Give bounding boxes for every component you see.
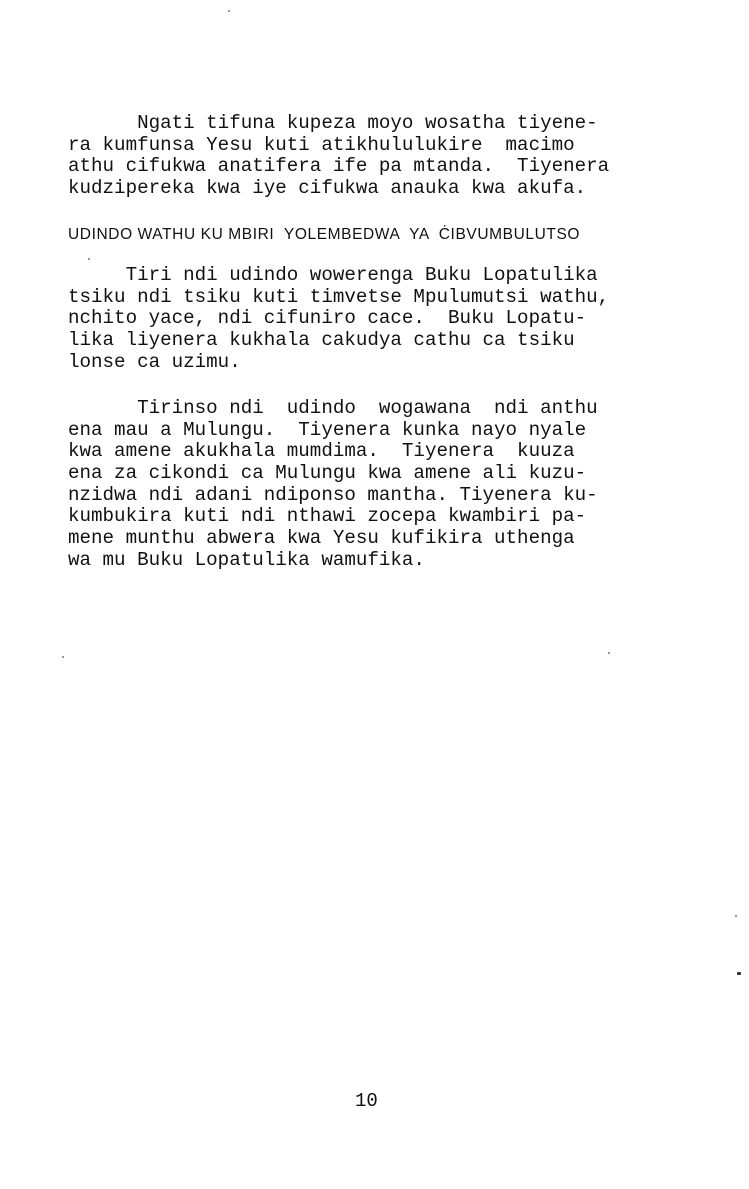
text-line: tsiku ndi tsiku kuti timvetse Mpulumutsi… [68,287,708,309]
text-line: lika liyenera kukhala cakudya cathu ca t… [68,330,708,352]
section-heading: UDINDO WATHU KU MBIRI YOLEMBEDWA YA ĊIBV… [68,226,580,244]
paragraph-2: Tiri ndi udindo wowerenga Buku Lopatulik… [68,265,708,373]
scan-speck [62,656,64,658]
text-line: lonse ca uzimu. [68,352,708,374]
text-line: ra kumfunsa Yesu kuti atikhululukire mac… [68,135,708,157]
paragraph-1: Ngati tifuna kupeza moyo wosatha tiyene-… [68,113,708,200]
scan-speck [737,972,741,975]
text-line: Ngati tifuna kupeza moyo wosatha tiyene- [68,113,708,135]
document-page: Ngati tifuna kupeza moyo wosatha tiyene-… [0,0,749,1189]
text-line: nchito yace, ndi cifuniro cace. Buku Lop… [68,308,708,330]
text-line: mene munthu abwera kwa Yesu kufikira uth… [68,528,708,550]
scan-speck [735,915,737,917]
text-line: wa mu Buku Lopatulika wamufika. [68,550,708,572]
text-line: nzidwa ndi adani ndiponso mantha. Tiyene… [68,485,708,507]
text-line: kudzipereka kwa iye cifukwa anauka kwa a… [68,178,708,200]
paragraph-3: Tirinso ndi udindo wogawana ndi anthu en… [68,398,708,572]
text-line: Tirinso ndi udindo wogawana ndi anthu [68,398,708,420]
text-line: Tiri ndi udindo wowerenga Buku Lopatulik… [68,265,708,287]
text-line: ena mau a Mulungu. Tiyenera kunka nayo n… [68,420,708,442]
scan-speck [608,652,610,654]
page-number: 10 [355,1090,378,1112]
text-line: kumbukira kuti ndi nthawi zocepa kwambir… [68,506,708,528]
text-line: ena za cikondi ca Mulungu kwa amene ali … [68,463,708,485]
text-line: athu cifukwa anatifera ife pa mtanda. Ti… [68,156,708,178]
text-line: kwa amene akukhala mumdima. Tiyenera kuu… [68,441,708,463]
scan-speck [88,258,90,260]
scan-speck [228,10,230,12]
